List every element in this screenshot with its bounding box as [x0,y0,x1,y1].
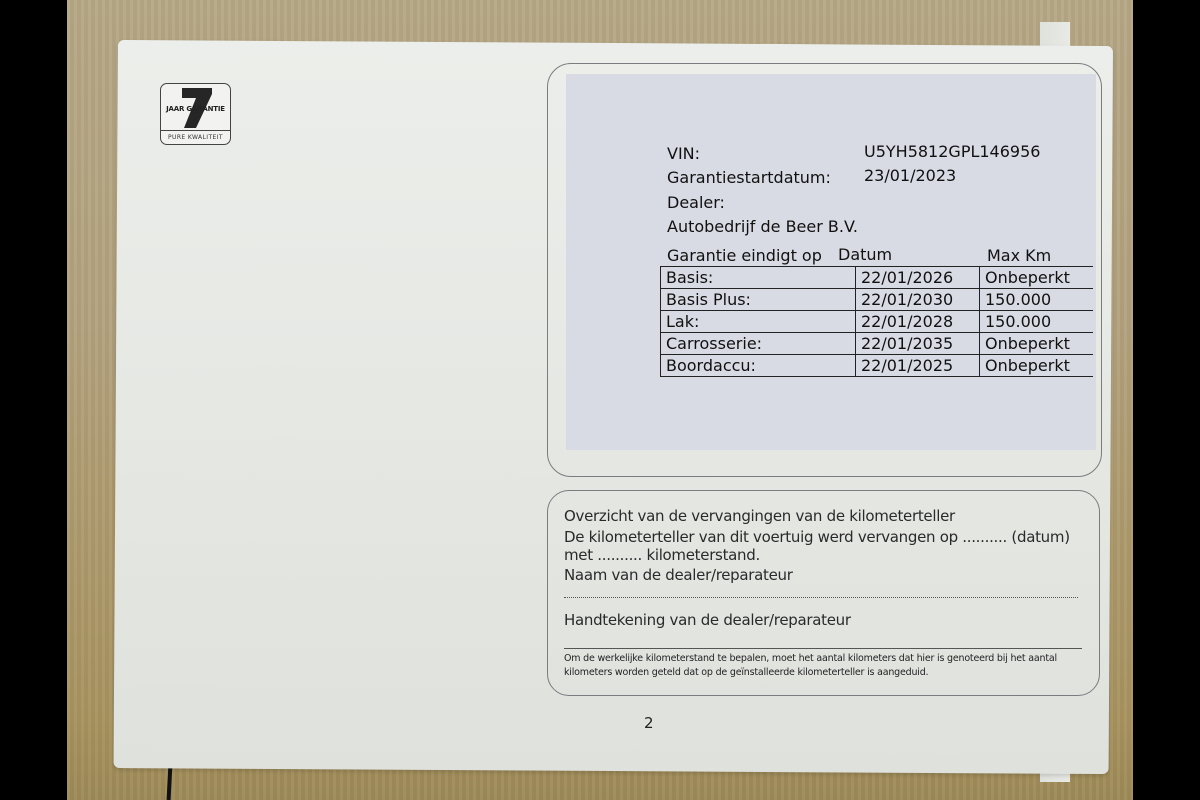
table-header-date: Datum [838,245,892,264]
table-row: Basis Plus:22/01/2030150.000 [661,289,1094,311]
start-date-label: Garantiestartdatum: [667,168,831,187]
dealer-name-field [564,595,1078,598]
logo-subtitle: PURE KWALITEIT [161,130,230,144]
warranty-type-cell: Basis Plus: [661,289,856,311]
odometer-line-date: De kilometerteller van dit voertuig werd… [564,528,1070,546]
max-km-cell: Onbeperkt [980,333,1094,355]
start-date-value: 23/01/2023 [864,166,956,185]
warranty-type-cell: Boordaccu: [661,355,856,377]
end-date-cell: 22/01/2028 [856,311,980,333]
dealer-name-label: Naam van de dealer/reparateur [564,566,793,584]
end-date-cell: 22/01/2025 [856,355,980,377]
odometer-footnote: Om de werkelijke kilometerstand te bepal… [564,652,1084,680]
table-row: Lak:22/01/2028150.000 [661,311,1094,333]
table-header-maxkm: Max Km [987,246,1051,265]
max-km-cell: Onbeperkt [980,355,1094,377]
table-header-type: Garantie eindigt op [667,246,822,265]
vin-label: VIN: [667,144,700,163]
warranty-type-cell: Basis: [661,267,856,289]
warranty-table: Basis:22/01/2026OnbeperktBasis Plus:22/0… [660,266,1093,377]
logo-title: JAAR GARANTIE [161,105,230,113]
odometer-line-km: met .......... kilometerstand. [564,546,760,564]
table-row: Carrosserie:22/01/2035Onbeperkt [661,333,1094,355]
max-km-cell: 150.000 [980,289,1094,311]
warranty-type-cell: Lak: [661,311,856,333]
signature-line [564,648,1082,649]
end-date-cell: 22/01/2035 [856,333,980,355]
odometer-title: Overzicht van de vervangingen van de kil… [564,507,955,525]
table-row: Boordaccu:22/01/2025Onbeperkt [661,355,1094,377]
dealer-value: Autobedrijf de Beer B.V. [667,217,858,236]
max-km-cell: Onbeperkt [980,267,1094,289]
seven-year-warranty-logo: JAAR GARANTIE PURE KWALITEIT [160,83,231,145]
table-row: Basis:22/01/2026Onbeperkt [661,267,1094,289]
dealer-label: Dealer: [667,193,725,212]
end-date-cell: 22/01/2030 [856,289,980,311]
warranty-type-cell: Carrosserie: [661,333,856,355]
page-number: 2 [644,714,654,732]
end-date-cell: 22/01/2026 [856,267,980,289]
max-km-cell: 150.000 [980,311,1094,333]
vin-value: U5YH5812GPL146956 [864,142,1040,161]
signature-label: Handtekening van de dealer/reparateur [564,611,851,629]
